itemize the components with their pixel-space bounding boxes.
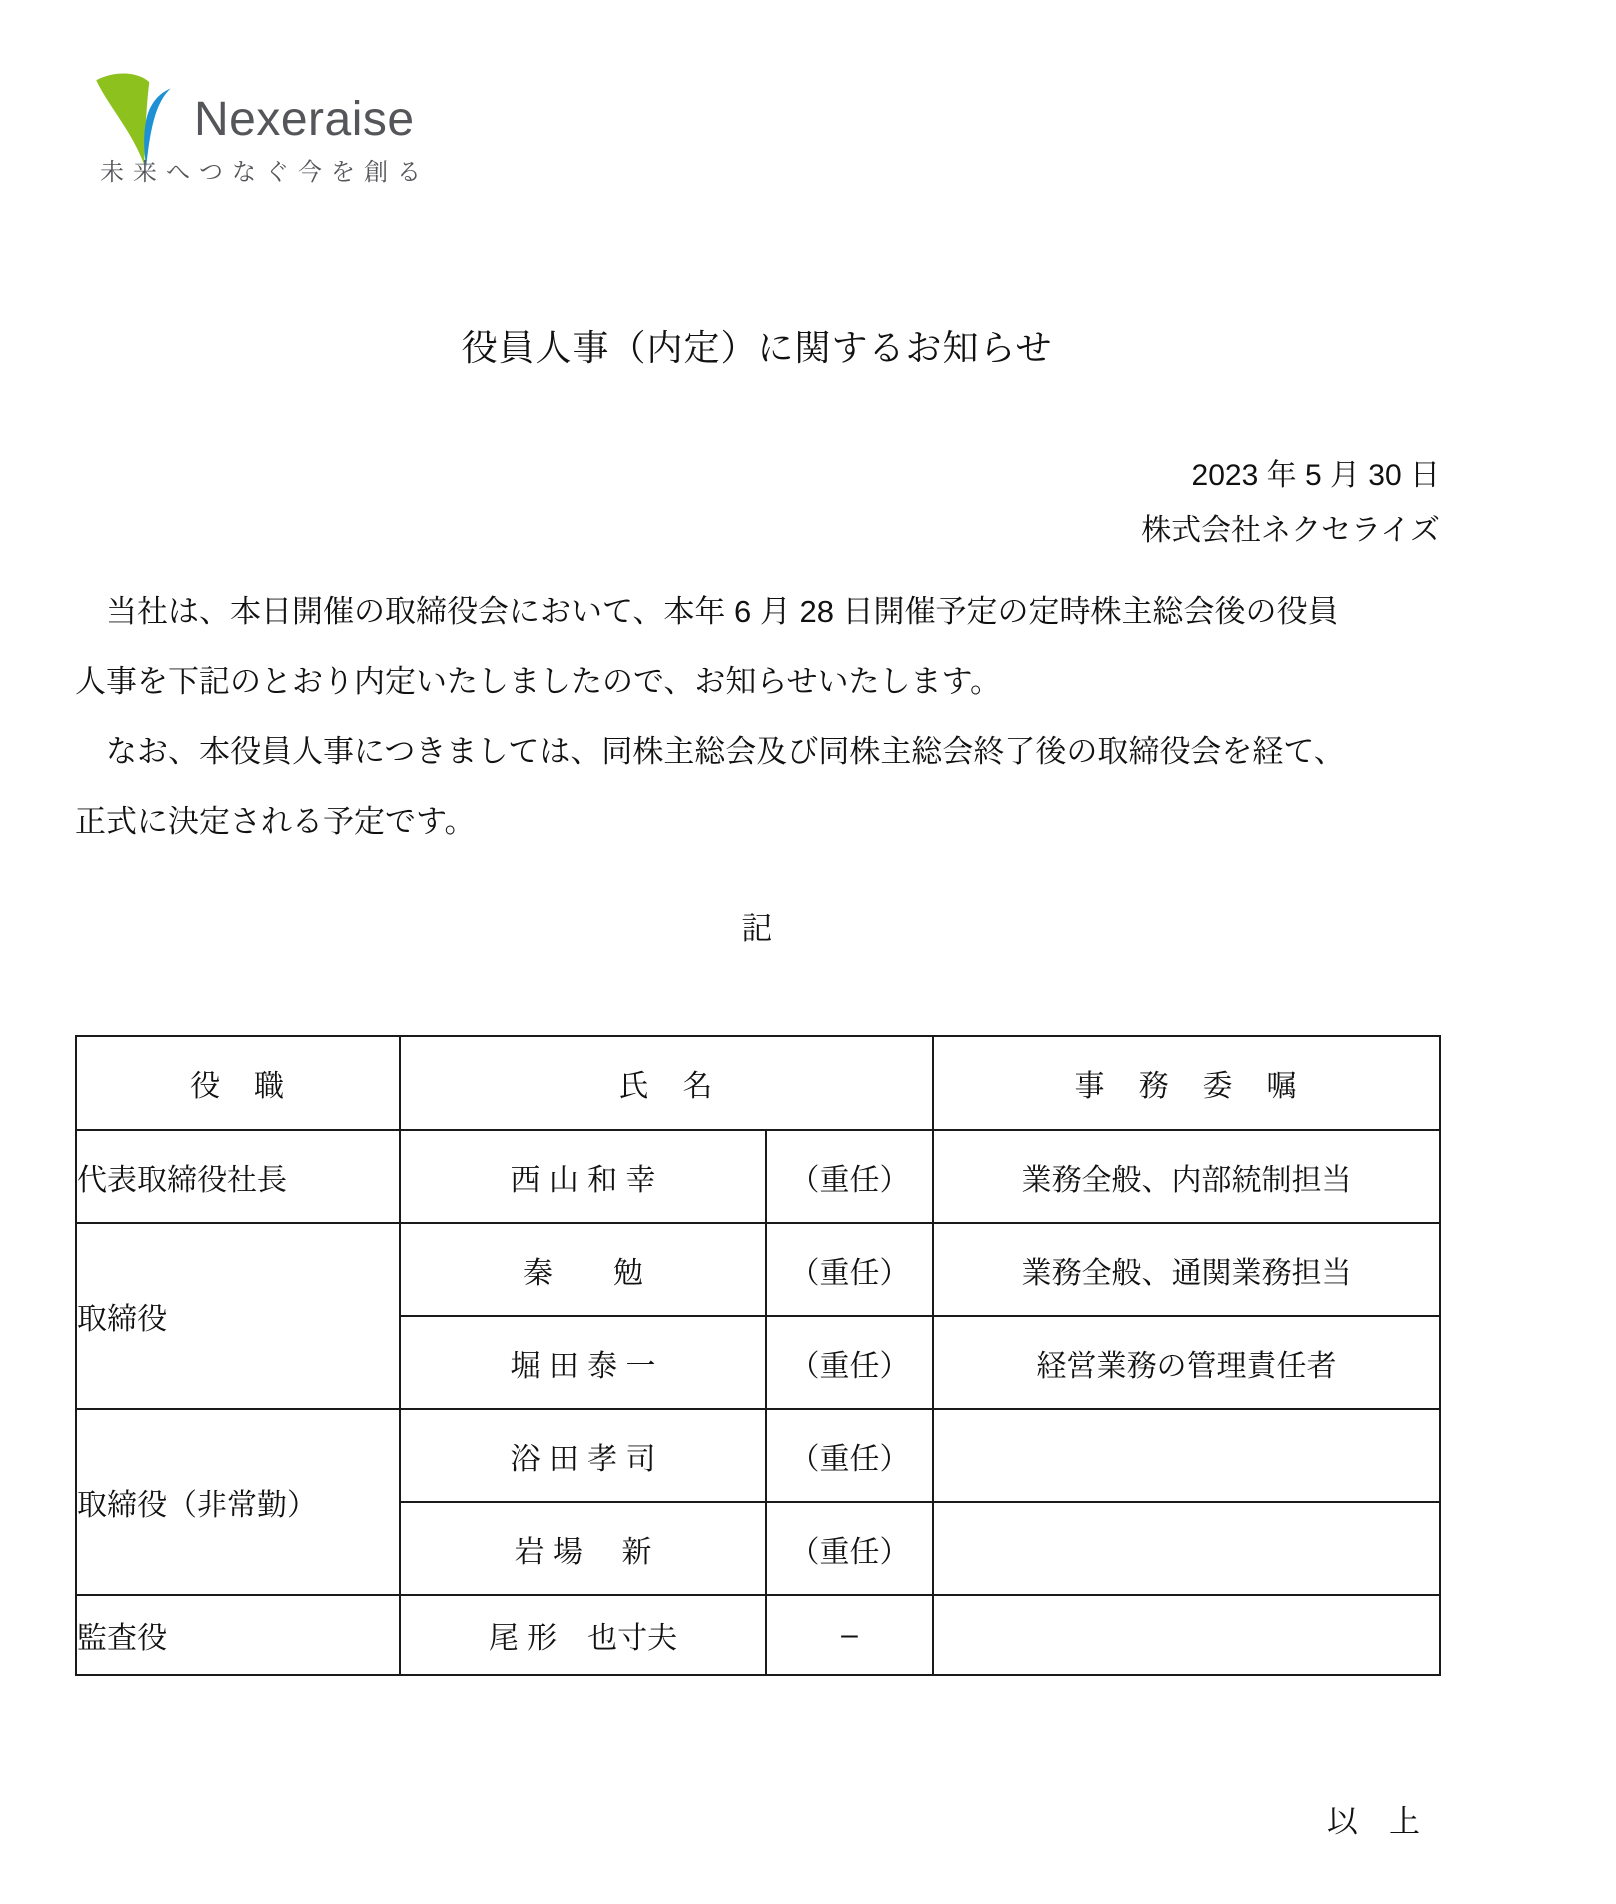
- duty-cell: 業務全般、通関業務担当: [933, 1223, 1440, 1316]
- status-cell: （重任）: [766, 1223, 933, 1316]
- record-marker: 記: [75, 903, 1439, 948]
- table-row: 代表取締役社長 西 山 和 幸 （重任） 業務全般、内部統制担当: [76, 1130, 1440, 1223]
- name-cell: 西 山 和 幸: [400, 1130, 766, 1223]
- name-cell: 岩 場 新: [400, 1502, 766, 1595]
- name-cell: 堀 田 泰 一: [400, 1316, 766, 1409]
- status-cell: （重任）: [766, 1502, 933, 1595]
- document-date: 2023 年 5 月 30 日: [1141, 448, 1440, 503]
- company-name: 株式会社ネクセライズ: [1141, 503, 1440, 558]
- status-cell: （重任）: [766, 1130, 933, 1223]
- logo-tagline: 未来へつなぐ今を創る: [100, 152, 430, 187]
- table-row: 取締役（非常勤） 浴 田 孝 司 （重任）: [76, 1409, 1440, 1502]
- duty-cell: 業務全般、内部統制担当: [933, 1130, 1440, 1223]
- header-name: 氏 名: [400, 1036, 933, 1130]
- table-header-row: 役 職 氏 名 事 務 委 嘱: [76, 1036, 1440, 1130]
- body-line: 当社は、本日開催の取締役会において、本年 6 月 28 日開催予定の定時株主総会…: [75, 577, 1447, 647]
- position-cell: 監査役: [76, 1595, 400, 1675]
- position-cell: 代表取締役社長: [76, 1130, 400, 1223]
- logo-wordmark: Nexeraise: [194, 92, 415, 147]
- duty-cell: [933, 1595, 1440, 1675]
- document-page: Nexeraise 未来へつなぐ今を創る 役員人事（内定）に関するお知らせ 20…: [0, 0, 1616, 1904]
- position-cell: 取締役（非常勤）: [76, 1409, 400, 1595]
- body-line: 人事を下記のとおり内定いたしましたので、お知らせいたします。: [75, 647, 1447, 717]
- duty-cell: 経営業務の管理責任者: [933, 1316, 1440, 1409]
- status-cell: （重任）: [766, 1409, 933, 1502]
- table-row: 取締役 秦 勉 （重任） 業務全般、通関業務担当: [76, 1223, 1440, 1316]
- status-cell: –: [766, 1595, 933, 1675]
- name-cell: 尾 形 也寸夫: [400, 1595, 766, 1675]
- closing-marker: 以 上: [1327, 1796, 1420, 1841]
- page-title: 役員人事（内定）に関するお知らせ: [75, 320, 1439, 371]
- body-text: 当社は、本日開催の取締役会において、本年 6 月 28 日開催予定の定時株主総会…: [75, 577, 1447, 857]
- position-cell: 取締役: [76, 1223, 400, 1409]
- table-row: 監査役 尾 形 也寸夫 –: [76, 1595, 1440, 1675]
- header-position: 役 職: [76, 1036, 400, 1130]
- company-logo: Nexeraise 未来へつなぐ今を創る: [92, 66, 512, 196]
- name-cell: 浴 田 孝 司: [400, 1409, 766, 1502]
- header-duty: 事 務 委 嘱: [933, 1036, 1440, 1130]
- name-cell: 秦 勉: [400, 1223, 766, 1316]
- duty-cell: [933, 1502, 1440, 1595]
- body-line: なお、本役員人事につきましては、同株主総会及び同株主総会終了後の取締役会を経て、: [75, 717, 1447, 787]
- status-cell: （重任）: [766, 1316, 933, 1409]
- personnel-table: 役 職 氏 名 事 務 委 嘱 代表取締役社長 西 山 和 幸 （重任） 業務全…: [75, 1035, 1441, 1676]
- duty-cell: [933, 1409, 1440, 1502]
- document-meta: 2023 年 5 月 30 日 株式会社ネクセライズ: [1141, 448, 1440, 558]
- body-line: 正式に決定される予定です。: [75, 787, 1447, 857]
